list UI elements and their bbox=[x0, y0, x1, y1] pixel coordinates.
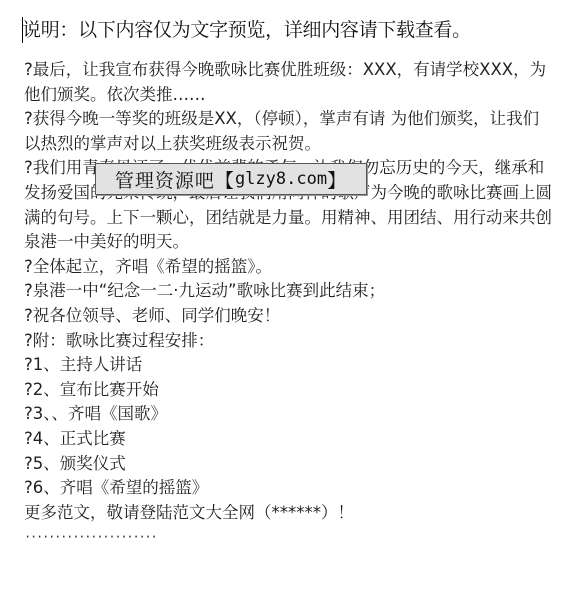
schedule-item-5: ?5、颁奖仪式 bbox=[24, 452, 554, 477]
paragraph-contest-end: ?泉港一中“纪念一二·九运动”歌咏比赛到此结束； bbox=[24, 279, 554, 304]
watermark-banner: 管理资源吧 【 glzy8.com 】 bbox=[95, 163, 367, 195]
watermark-bracket-close: 】 bbox=[327, 166, 347, 193]
paragraph-schedule-heading: ?附：歌咏比赛过程安排： bbox=[24, 329, 554, 354]
schedule-item-6: ?6、齐唱《希望的摇篮》 bbox=[24, 476, 554, 501]
paragraph-first-prize: ?获得今晚一等奖的班级是XX，（停顿），掌声有请 为他们颁奖，让我们以热烈的掌声… bbox=[24, 107, 554, 156]
schedule-item-2: ?2、宣布比赛开始 bbox=[24, 378, 554, 403]
watermark-url: glzy8.com bbox=[235, 169, 327, 189]
schedule-item-3: ?3、、齐唱《国歌》 bbox=[24, 402, 554, 427]
document-body: ?最后，让我宣布获得今晚歌咏比赛优胜班级：XXX，有请学校XXX，为他们颁奖。依… bbox=[24, 58, 554, 550]
watermark-bracket-open: 【 bbox=[215, 166, 235, 193]
schedule-item-1: ?1、主持人讲话 bbox=[24, 353, 554, 378]
schedule-item-4: ?4、正式比赛 bbox=[24, 427, 554, 452]
preview-notice: 说明：以下内容仅为文字预览，详细内容请下载查看。 bbox=[22, 17, 471, 43]
trailing-dots-divider: ······················ bbox=[24, 525, 554, 550]
paragraph-good-night: ?祝各位领导、老师、同学们晚安！ bbox=[24, 304, 554, 329]
paragraph-stand-sing: ?全体起立，齐唱《希望的摇篮》。 bbox=[24, 255, 554, 280]
more-templates-link-text: 更多范文，敬请登陆范文大全网（******）！ bbox=[24, 501, 554, 526]
watermark-site-name: 管理资源吧 bbox=[115, 166, 215, 193]
paragraph-announce-winner: ?最后，让我宣布获得今晚歌咏比赛优胜班级：XXX，有请学校XXX，为他们颁奖。依… bbox=[24, 58, 554, 107]
